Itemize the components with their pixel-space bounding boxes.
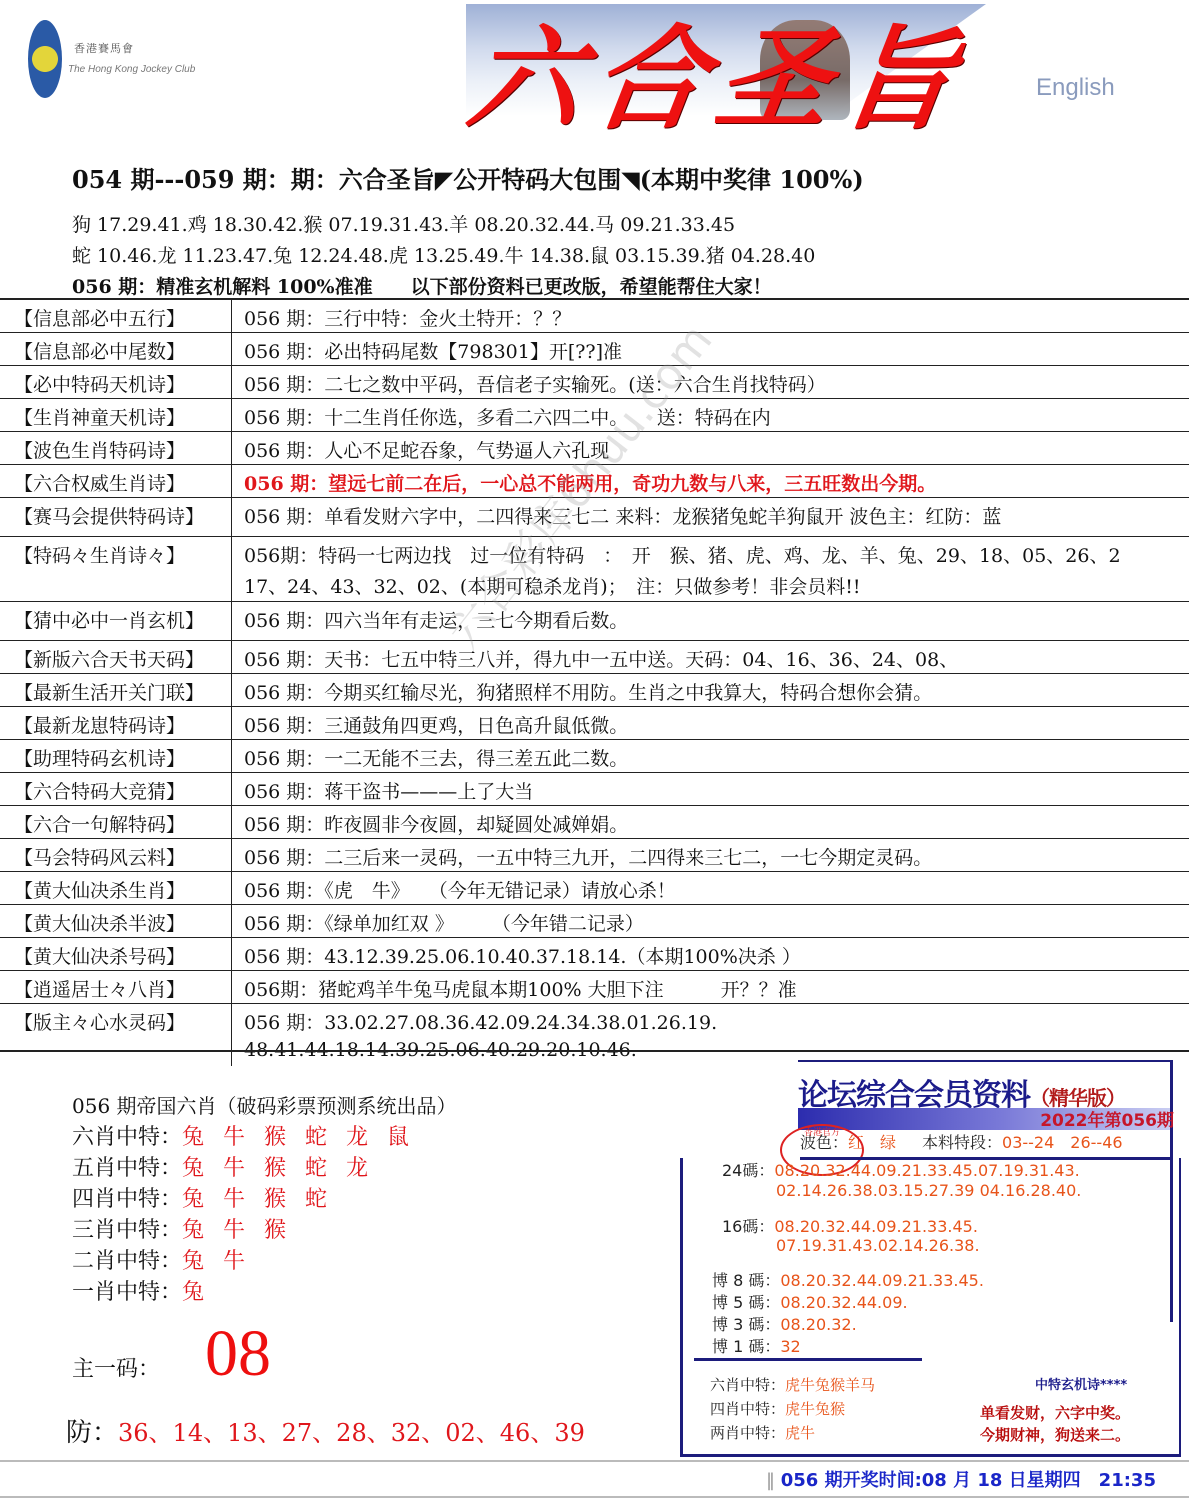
- row-value-line-1: 056 期：33.02.27.08.36.42.09.24.34.38.01.2…: [244, 1008, 1189, 1035]
- pick-label: 三肖中特：: [72, 1218, 182, 1243]
- row-label: 【特码々生肖诗々】: [0, 537, 232, 601]
- row-value: 056期：猪蛇鸡羊牛兔马虎鼠本期100% 大胆下注 开？？准: [232, 971, 1189, 1003]
- headline: 054 期---059 期：期：六合圣旨◤公开特码大包围◥(本期中奖律 100%…: [72, 160, 864, 195]
- row-value: 056 期：昨夜圆非今夜圆，却疑圆处减婵娟。: [232, 806, 1189, 838]
- bo1-line: 博 1 碼：32: [712, 1334, 801, 1357]
- card-four-label: 四肖中特：: [710, 1400, 785, 1418]
- pick-value: 兔 牛: [182, 1249, 251, 1274]
- main-code-label: 主一码：: [72, 1352, 160, 1383]
- pick-label: 四肖中特：: [72, 1187, 182, 1212]
- jockey-club-logo-icon: [28, 20, 62, 98]
- row-label: 【助理特码玄机诗】: [0, 740, 232, 772]
- row-label: 【黄大仙决杀号码】: [0, 938, 232, 970]
- row-value-highlight: 056 期：望远七前二在后，一心总不能两用，奇功九数与八来，三五旺数出今期。: [232, 465, 1189, 497]
- row-label: 【版主々心水灵码】: [0, 1004, 232, 1066]
- card-two-label: 两肖中特：: [710, 1424, 785, 1442]
- member-info-card: 论坛综合会员资料（精华版） 2022年第056期 波色：红 绿 本料特段：03-…: [680, 1058, 1186, 1458]
- bo5-value: 08.20.32.44.09.: [780, 1293, 907, 1312]
- zodiac-numbers-line-1: 狗 17.29.41.鸡 18.30.42.猴 07.19.31.43.羊 08…: [72, 210, 735, 237]
- card-two-pick: 两肖中特：虎牛: [710, 1422, 815, 1443]
- table-row: 【新版六合天书天码】 056 期：天书：七五中特三八并，得九中一五中送。天码：0…: [0, 641, 1189, 674]
- poem-heading: 中特玄机诗****: [1035, 1374, 1127, 1393]
- row-value-multiline: 056期：特码一七两边找 过一位有特码 ： 开 猴、猪、虎、鸡、龙、羊、兔、29…: [232, 537, 1189, 601]
- bo3-value: 08.20.32.: [780, 1315, 856, 1334]
- card-six-label: 六肖中特：: [710, 1376, 785, 1394]
- pick-value: 兔: [182, 1280, 210, 1305]
- table-row: 【最新生活开关门联】 056 期：今期买红输尽光，狗猪照样不用防。生肖之中我算大…: [0, 674, 1189, 707]
- fang-label: 防：: [66, 1418, 118, 1448]
- divider: [0, 1460, 1189, 1462]
- poem-line-2: 今期财神，狗送来二。: [980, 1424, 1130, 1445]
- bo8-line: 博 8 碼：08.20.32.44.09.21.33.45.: [712, 1268, 984, 1291]
- table-row: 【必中特码天机诗】 056 期：二七之数中平码，吾信老子实输死。(送：六合生肖找…: [0, 366, 1189, 399]
- pick-label: 一肖中特：: [72, 1280, 182, 1305]
- code24-line-1: 24碼：08.20.32.44.09.21.33.45.07.19.31.43.: [722, 1158, 1080, 1181]
- row-label: 【六合特码大竞猜】: [0, 773, 232, 805]
- table-bottom-border: [0, 1050, 1189, 1052]
- row-value-line-2: 17、24、43、32、02、(本期可稳杀龙肖)； 注：只做参考！非会员料!!: [244, 572, 1189, 599]
- pick-label: 二肖中特：: [72, 1249, 182, 1274]
- row-value: 056 期：十二生肖任你选，多看二六四二中。 送：特码在内: [232, 399, 1189, 431]
- row-value: 056 期：43.12.39.25.06.10.40.37.18.14.（本期1…: [232, 938, 1189, 970]
- row-label: 【必中特码天机诗】: [0, 366, 232, 398]
- row-label: 【猜中必中一肖玄机】: [0, 602, 232, 640]
- code16-label: 16碼：: [722, 1217, 774, 1236]
- card-four-value: 虎牛兔猴: [785, 1400, 845, 1418]
- logo-chinese-name: 香港賽馬會: [74, 40, 134, 56]
- segment-value: 03--24 26--46: [1002, 1133, 1123, 1152]
- pick-label: 六肖中特：: [72, 1125, 182, 1150]
- card-issue: 2022年第056期: [1040, 1106, 1174, 1131]
- table-row: 【六合特码大竞猜】 056 期：蒋干盗书———上了大当: [0, 773, 1189, 806]
- row-value: 056 期：三通鼓角四更鸡，日色高升鼠低微。: [232, 707, 1189, 739]
- zodiac-pick-row: 四肖中特：兔 牛 猴 蛇: [72, 1182, 333, 1213]
- banner-title: 六合圣旨: [462, 20, 975, 140]
- row-label: 【六合权威生肖诗】: [0, 465, 232, 497]
- row-label: 【黄大仙决杀生肖】: [0, 872, 232, 904]
- bo5-line: 博 5 碼：08.20.32.44.09.: [712, 1290, 908, 1313]
- table-row: 【信息部必中尾数】 056 期：必出特码尾数【798301】开[??]准: [0, 333, 1189, 366]
- bo1-label: 博 1 碼：: [712, 1337, 780, 1356]
- pick-value: 兔 牛 猴 蛇 龙 鼠: [182, 1125, 415, 1150]
- row-label: 【信息部必中五行】: [0, 300, 232, 332]
- row-value: 056 期：单看发财六字中，二四得来三七二 来料：龙猴猪兔蛇羊狗鼠开 波色主：红…: [232, 498, 1189, 536]
- zodiac-pick-row: 三肖中特：兔 牛 猴: [72, 1213, 292, 1244]
- bo3-line: 博 3 碼：08.20.32.: [712, 1312, 857, 1335]
- bar-divider: ‖: [766, 1470, 781, 1491]
- code24-value: 08.20.32.44.09.21.33.45.07.19.31.43.: [774, 1161, 1079, 1180]
- bo8-label: 博 8 碼：: [712, 1271, 780, 1290]
- row-value: 056 期：蒋干盗书———上了大当: [232, 773, 1189, 805]
- bo1-value: 32: [780, 1337, 800, 1356]
- row-value: 056 期：《虎 牛》 （今年无错记录）请放心杀！: [232, 872, 1189, 904]
- row-value: 056 期：天书：七五中特三八并，得九中一五中送。天码：04、16、36、24、…: [232, 641, 1189, 673]
- table-row: 【黄大仙决杀号码】 056 期：43.12.39.25.06.10.40.37.…: [0, 938, 1189, 971]
- row-value: 056 期：四六当年有走运，三七今期看后数。: [232, 602, 1189, 640]
- row-value: 056 期：二三后来一灵码，一五中特三九开，二四得来三七二，一七今期定灵码。: [232, 839, 1189, 871]
- fang-row: 防：36、14、13、27、28、32、02、46、39: [66, 1412, 585, 1449]
- row-value: 056 期：三行中特：金火土特开：？？: [232, 300, 1189, 332]
- row-value: 056 期：人心不足蛇吞象，气势逼人六孔现: [232, 432, 1189, 464]
- zodiac-pick-row: 五肖中特：兔 牛 猴 蛇 龙: [72, 1151, 374, 1182]
- zodiac-pick-row: 二肖中特：兔 牛: [72, 1244, 251, 1275]
- row-value: 056 期：《绿单加红双 》 （今年错二记录）: [232, 905, 1189, 937]
- segment-label: 本料特段：: [922, 1133, 1002, 1152]
- zodiac-numbers-line-2: 蛇 10.46.龙 11.23.47.兔 12.24.48.虎 13.25.49…: [72, 241, 815, 268]
- table-row: 【版主々心水灵码】 056 期：33.02.27.08.36.42.09.24.…: [0, 1004, 1189, 1066]
- main-code-value: 08: [205, 1316, 271, 1392]
- table-row: 【六合一句解特码】 056 期：昨夜圆非今夜圆，却疑圆处减婵娟。: [0, 806, 1189, 839]
- pick-value: 兔 牛 猴: [182, 1218, 292, 1243]
- six-zodiac-title: 056 期帝国六肖（破码彩票预测系统出品）: [72, 1090, 457, 1119]
- divider: [0, 1496, 1189, 1498]
- code24-line-2: 02.14.26.38.03.15.27.39 04.16.28.40.: [776, 1181, 1081, 1200]
- card-six-value: 虎牛兔猴羊马: [785, 1376, 875, 1394]
- table-row: 【特码々生肖诗々】 056期：特码一七两边找 过一位有特码 ： 开 猴、猪、虎、…: [0, 537, 1189, 602]
- draw-time-text: 056 期开奖时间:08 月 18 日星期四 21:35: [781, 1470, 1156, 1491]
- row-value: 056 期：一二无能不三去，得三差五此二数。: [232, 740, 1189, 772]
- card-six-pick: 六肖中特：虎牛兔猴羊马: [710, 1374, 875, 1395]
- table-row: 【马会特码风云料】 056 期：二三后来一灵码，一五中特三九开，二四得来三七二，…: [0, 839, 1189, 872]
- row-label: 【马会特码风云料】: [0, 839, 232, 871]
- card-four-pick: 四肖中特：虎牛兔猴: [710, 1398, 845, 1419]
- code16-value: 08.20.32.44.09.21.33.45.: [774, 1217, 978, 1236]
- draw-time: ‖ 056 期开奖时间:08 月 18 日星期四 21:35: [766, 1466, 1156, 1492]
- table-row: 【信息部必中五行】 056 期：三行中特：金火土特开：？？: [0, 300, 1189, 333]
- table-row: 【黄大仙决杀半波】 056 期：《绿单加红双 》 （今年错二记录）: [0, 905, 1189, 938]
- fang-numbers: 36、14、13、27、28、32、02、46、39: [118, 1419, 585, 1447]
- table-row: 【最新龙崽特码诗】 056 期：三通鼓角四更鸡，日色高升鼠低微。: [0, 707, 1189, 740]
- card-two-value: 虎牛: [785, 1424, 815, 1442]
- pick-value: 兔 牛 猴 蛇 龙: [182, 1156, 374, 1181]
- bo3-label: 博 3 碼：: [712, 1315, 780, 1334]
- pick-value: 兔 牛 猴 蛇: [182, 1187, 333, 1212]
- row-label: 【新版六合天书天码】: [0, 641, 232, 673]
- english-link[interactable]: English: [1036, 74, 1115, 102]
- segment-line: 本料特段：03--24 26--46: [922, 1130, 1123, 1153]
- row-label: 【波色生肖特码诗】: [0, 432, 232, 464]
- notice-text: 056 期：精准玄机解料 100%准准 以下部份资料已更改版，希望能帮住大家！: [72, 272, 772, 299]
- code16-line-1: 16碼：08.20.32.44.09.21.33.45.: [722, 1214, 978, 1237]
- row-label: 【生肖神童天机诗】: [0, 399, 232, 431]
- row-label: 【赛马会提供特码诗】: [0, 498, 232, 536]
- code24-label: 24碼：: [722, 1161, 774, 1180]
- row-label: 【最新龙崽特码诗】: [0, 707, 232, 739]
- row-label: 【逍遥居士々八肖】: [0, 971, 232, 1003]
- row-label: 【最新生活开关门联】: [0, 674, 232, 706]
- row-label: 【六合一句解特码】: [0, 806, 232, 838]
- table-row: 【黄大仙决杀生肖】 056 期：《虎 牛》 （今年无错记录）请放心杀！: [0, 872, 1189, 905]
- row-value-line-1: 056期：特码一七两边找 过一位有特码 ： 开 猴、猪、虎、鸡、龙、羊、兔、29…: [244, 541, 1189, 568]
- logo-english-name: The Hong Kong Jockey Club: [68, 64, 195, 75]
- row-label: 【信息部必中尾数】: [0, 333, 232, 365]
- row-value: 056 期：今期买红输尽光，狗猪照样不用防。生肖之中我算大，特码合想你会猜。: [232, 674, 1189, 706]
- table-row: 【逍遥居士々八肖】 056期：猪蛇鸡羊牛兔马虎鼠本期100% 大胆下注 开？？准: [0, 971, 1189, 1004]
- row-label: 【黄大仙决杀半波】: [0, 905, 232, 937]
- card-rule: [694, 1358, 922, 1361]
- zodiac-pick-row: 一肖中特：兔: [72, 1275, 210, 1306]
- table-row: 【猜中必中一肖玄机】 056 期：四六当年有走运，三七今期看后数。: [0, 602, 1189, 641]
- table-row: 【助理特码玄机诗】 056 期：一二无能不三去，得三差五此二数。: [0, 740, 1189, 773]
- pick-label: 五肖中特：: [72, 1156, 182, 1181]
- code16-line-2: 07.19.31.43.02.14.26.38.: [776, 1236, 980, 1255]
- bo8-value: 08.20.32.44.09.21.33.45.: [780, 1271, 984, 1290]
- bo5-label: 博 5 碼：: [712, 1293, 780, 1312]
- row-value: 056 期：二七之数中平码，吾信老子实输死。(送：六合生肖找特码）: [232, 366, 1189, 398]
- poem-line-1: 单看发财，六字中奖。: [980, 1402, 1130, 1423]
- zodiac-pick-row: 六肖中特：兔 牛 猴 蛇 龙 鼠: [72, 1120, 415, 1151]
- row-value-multiline: 056 期：33.02.27.08.36.42.09.24.34.38.01.2…: [232, 1004, 1189, 1066]
